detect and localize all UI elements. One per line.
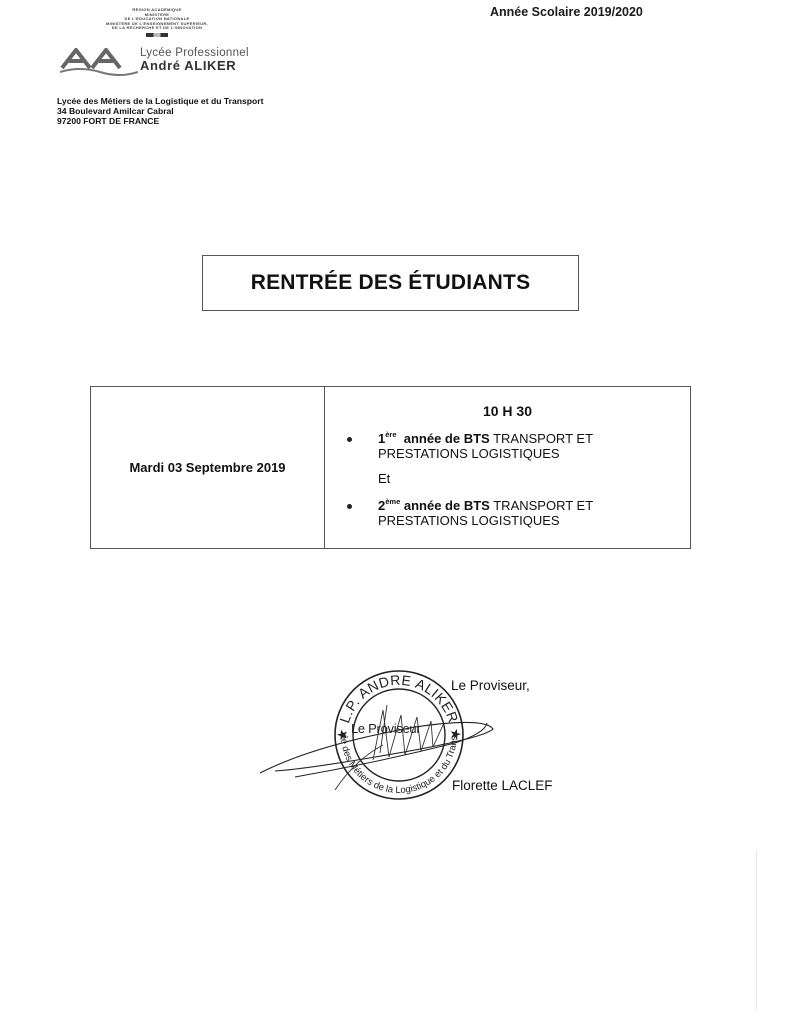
- ministry-line: DE LA RECHERCHE ET DE L'INNOVATION: [62, 26, 252, 31]
- time-text: 10 H 30: [325, 403, 690, 419]
- bullet-icon: [347, 504, 352, 509]
- signatory-title: Le Proviseur,: [451, 678, 530, 693]
- date-text: Mardi 03 Septembre 2019: [129, 460, 285, 475]
- address-line: 34 Boulevard Amilcar Cabral: [57, 106, 263, 116]
- school-address: Lycée des Métiers de la Logistique et du…: [57, 96, 263, 126]
- program-name-cont: PRESTATIONS LOGISTIQUES: [378, 446, 560, 461]
- program-level: année de BTS: [404, 498, 490, 513]
- bullet-icon: [347, 437, 352, 442]
- address-line: Lycée des Métiers de la Logistique et du…: [57, 96, 263, 106]
- school-name: André ALIKER: [140, 58, 236, 73]
- ordinal-suffix: ème: [385, 497, 400, 506]
- program-name: TRANSPORT ET: [493, 431, 593, 446]
- aa-logo-icon: [60, 48, 138, 76]
- detail-cell: 10 H 30 1ère année de BTS TRANSPORT ET P…: [325, 387, 690, 548]
- republic-flag-icon: [146, 33, 168, 37]
- address-line: 97200 FORT DE FRANCE: [57, 116, 263, 126]
- schedule-table: Mardi 03 Septembre 2019 10 H 30 1ère ann…: [90, 386, 691, 549]
- date-cell: Mardi 03 Septembre 2019: [91, 387, 325, 548]
- title-box: RENTRÉE DES ÉTUDIANTS: [202, 255, 579, 311]
- program-level: année de BTS: [404, 431, 490, 446]
- school-logo: Lycée Professionnel André ALIKER: [60, 46, 290, 76]
- signatory-name: Florette LACLEF: [452, 778, 553, 793]
- program-name-cont: PRESTATIONS LOGISTIQUES: [378, 513, 560, 528]
- school-year: Année Scolaire 2019/2020: [490, 5, 643, 19]
- stamp-center-text: Le Proviseur: [351, 721, 420, 736]
- ordinal-suffix: ère: [385, 430, 396, 439]
- program-name: TRANSPORT ET: [493, 498, 593, 513]
- page-title: RENTRÉE DES ÉTUDIANTS: [251, 271, 531, 295]
- connector-text: Et: [378, 471, 390, 486]
- scan-edge-line: [756, 850, 757, 1010]
- ministry-header: RÉGION ACADÉMIQUE MINISTÈRE DE L'ÉDUCATI…: [62, 8, 252, 37]
